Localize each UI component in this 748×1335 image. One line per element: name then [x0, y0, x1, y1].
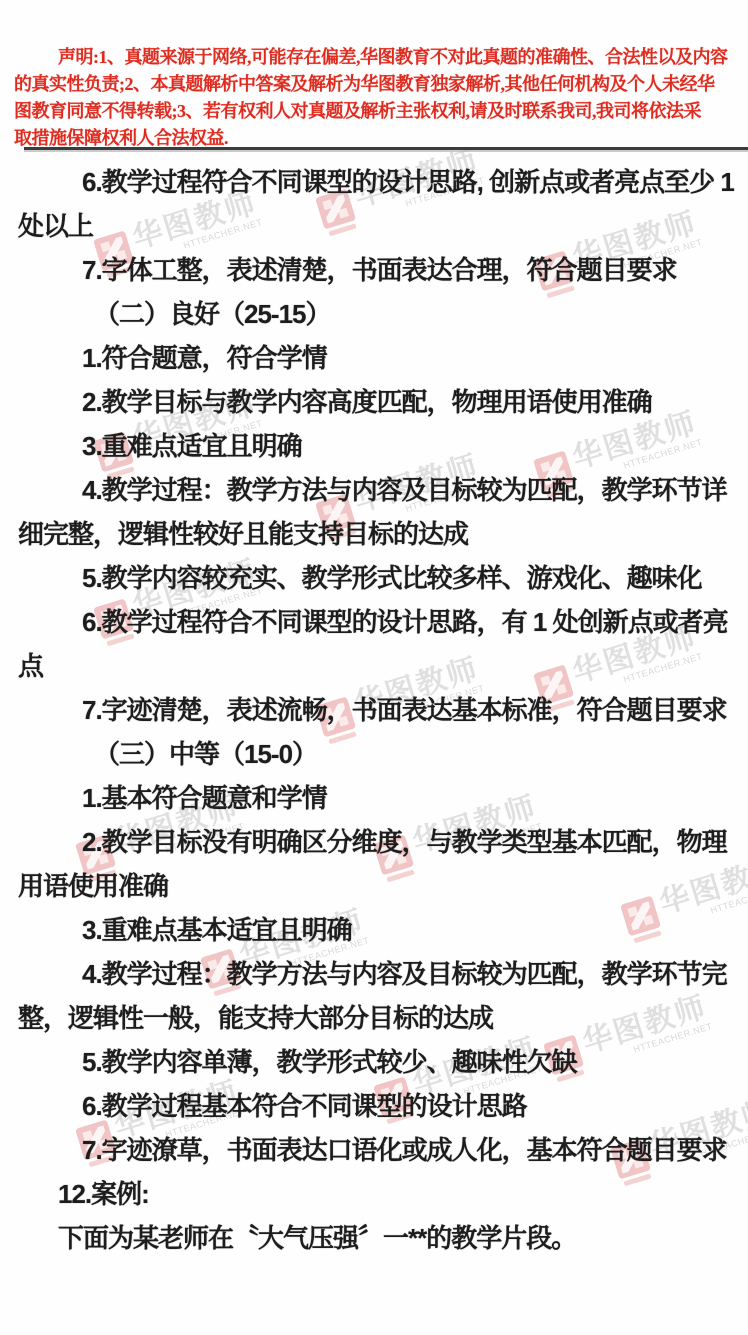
text-line: 1.符合题意，符合学情: [82, 336, 738, 380]
text-line: 12.案例:: [58, 1172, 738, 1216]
document-page: 华图教师HTTEACHER.NET华图教师HTTEACHER.NET华图教师HT…: [0, 0, 748, 1335]
text-line: 2.教学目标与教学内容高度匹配，物理用语使用准确: [82, 380, 738, 424]
text-line: 5.教学内容单薄，教学形式较少、趣味性欠缺: [82, 1040, 738, 1084]
disclaimer-line: 声明:1、真题来源于网络,可能存在偏差,华图教育不对此真题的准确性、合法性以及内…: [14, 44, 742, 71]
text-line: 7.字体工整，表述清楚，书面表达合理，符合题目要求: [82, 248, 738, 292]
disclaimer: 声明:1、真题来源于网络,可能存在偏差,华图教育不对此真题的准确性、合法性以及内…: [14, 44, 742, 152]
text-line: 处以上: [18, 204, 738, 248]
text-line: （二）良好（25-15）: [94, 292, 738, 336]
text-line: （三）中等（15-0）: [94, 732, 738, 776]
text-line: 点: [18, 644, 738, 688]
text-line: 3.重难点基本适宜且明确: [82, 908, 738, 952]
text-line: 下面为某老师在〝大气压强〞一**的教学片段。: [58, 1216, 738, 1260]
text-line: 4.教学过程：教学方法与内容及目标较为匹配，教学环节详: [82, 468, 738, 512]
section-divider: [24, 147, 748, 150]
text-line: 6.教学过程符合不同课型的设计思路, 创新点或者亮点至少 1: [82, 160, 738, 204]
text-line: 1.基本符合题意和学情: [82, 776, 738, 820]
text-line: 整，逻辑性一般，能支持大部分目标的达成: [18, 996, 738, 1040]
disclaimer-line: 图教育同意不得转载;3、若有权利人对真题及解析主张权利,请及时联系我司,我司将依…: [14, 98, 742, 125]
text-line: 细完整，逻辑性较好且能支持目标的达成: [18, 512, 738, 556]
text-line: 6.教学过程符合不同课型的设计思路，有 1 处创新点或者亮: [82, 600, 738, 644]
text-line: 6.教学过程基本符合不同课型的设计思路: [82, 1084, 738, 1128]
disclaimer-line: 的真实性负责;2、本真题解析中答案及解析为华图教育独家解析,其他任何机构及个人未…: [14, 71, 742, 98]
text-line: 2.教学目标没有明确区分维度，与教学类型基本匹配，物理: [82, 820, 738, 864]
text-line: 3.重难点适宜且明确: [82, 424, 738, 468]
text-line: 7.字迹清楚，表述流畅，书面表达基本标准，符合题目要求: [82, 688, 738, 732]
text-line: 4.教学过程：教学方法与内容及目标较为匹配，教学环节完: [82, 952, 738, 996]
disclaimer-prefix: 声明:: [58, 47, 99, 67]
text-line: 用语使用准确: [18, 864, 738, 908]
text-line: 5.教学内容较充实、教学形式比较多样、游戏化、趣味化: [82, 556, 738, 600]
document-body: 6.教学过程符合不同课型的设计思路, 创新点或者亮点至少 1处以上7.字体工整，…: [16, 160, 738, 1260]
disclaimer-text: 1、真题来源于网络,可能存在偏差,华图教育不对此真题的准确性、合法性以及内容: [99, 47, 728, 67]
text-line: 7.字迹潦草，书面表达口语化或成人化，基本符合题目要求: [82, 1128, 738, 1172]
